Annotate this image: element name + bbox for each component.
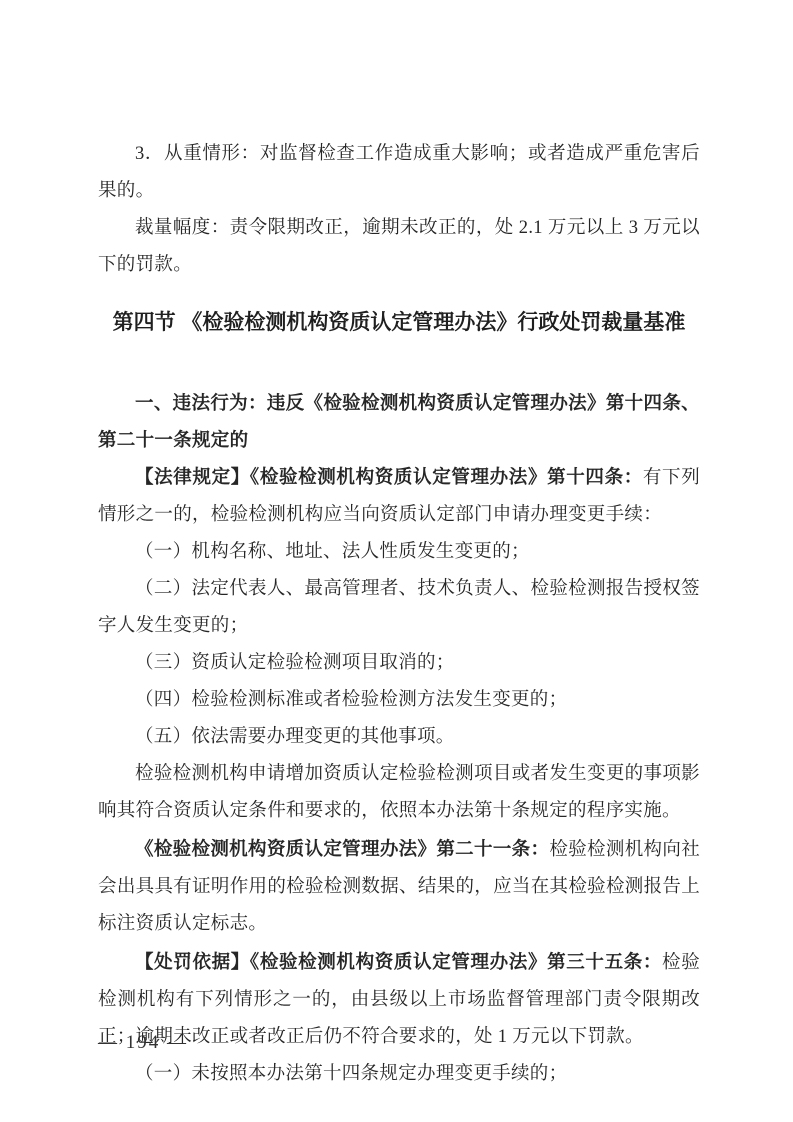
paragraph-discretion-range: 裁量幅度：责令限期改正，逾期未改正的，处 2.1 万元以上 3 万元以下的罚款。 [98, 210, 700, 284]
page-content: 3．从重情形：对监督检查工作造成重大影响；或者造成严重危害后果的。 裁量幅度：责… [98, 136, 700, 1093]
section-heading: 第四节 《检验检测机构资质认定管理办法》行政处罚裁量基准 [98, 304, 700, 341]
document-page: 3．从重情形：对监督检查工作造成重大影响；或者造成严重危害后果的。 裁量幅度：责… [0, 0, 793, 1122]
paragraph-item-4: （四）检验检测标准或者检验检测方法发生变更的； [98, 682, 700, 719]
page-number: — 194 — [98, 1031, 188, 1055]
punishment-basis-label: 【处罚依据】《检验检测机构资质认定管理办法》第三十五条： [135, 951, 662, 972]
paragraph-aggravating-circumstance: 3．从重情形：对监督检查工作造成重大影响；或者造成严重危害后果的。 [98, 136, 700, 210]
paragraph-item-1: （一）机构名称、地址、法人性质发生变更的； [98, 534, 700, 571]
paragraph-article-21: 《检验检测机构资质认定管理办法》第二十一条：检验检测机构向社会出具具有证明作用的… [98, 830, 700, 943]
paragraph-legal-basis: 【法律规定】《检验检测机构资质认定管理办法》第十四条：有下列情形之一的，检验检测… [98, 458, 700, 534]
legal-basis-label: 【法律规定】《检验检测机构资质认定管理办法》第十四条： [135, 466, 643, 487]
paragraph-violation-heading: 一、违法行为：违反《检验检测机构资质认定管理办法》第十四条、第二十一条规定的 [98, 384, 700, 458]
paragraph-punishment-item-1: （一）未按照本办法第十四条规定办理变更手续的； [98, 1056, 700, 1093]
paragraph-item-3: （三）资质认定检验检测项目取消的； [98, 645, 700, 682]
paragraph-punishment-basis: 【处罚依据】《检验检测机构资质认定管理办法》第三十五条：检验检测机构有下列情形之… [98, 943, 700, 1056]
article-21-label: 《检验检测机构资质认定管理办法》第二十一条： [135, 838, 549, 859]
paragraph-item-5: （五）依法需要办理变更的其他事项。 [98, 719, 700, 756]
paragraph-item-2: （二）法定代表人、最高管理者、技术负责人、检验检测报告授权签字人发生变更的； [98, 571, 700, 645]
paragraph-procedure: 检验检测机构申请增加资质认定检验检测项目或者发生变更的事项影响其符合资质认定条件… [98, 756, 700, 830]
